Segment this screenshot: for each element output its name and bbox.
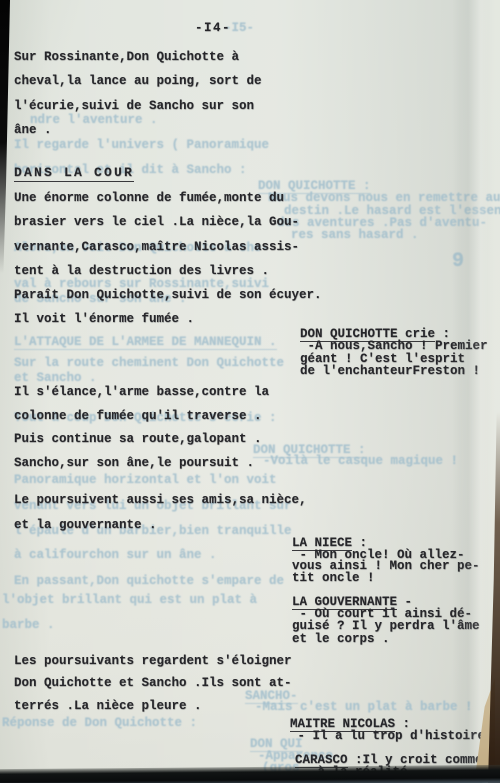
action-line: Il s'élance,l'arme basse,contre la <box>14 381 269 405</box>
action-block: Les poursuivants regardent s'éloignerDon… <box>14 650 292 717</box>
action-line: vernante,Carasco,maître Nicolas assis- <box>14 235 322 259</box>
script-page-photo: -I5-ndre l'aventure .Il regarde l'univer… <box>0 0 500 783</box>
action-line: Paraît Don Quichotte,suivi de son écuyer… <box>14 283 322 307</box>
action-line: Une énorme colonne de fumée,monte du <box>14 186 322 210</box>
action-line: âne . <box>14 118 262 142</box>
action-line: Sancho,sur son âne,le poursuit . <box>14 452 269 476</box>
dialogue-line: de l'enchanteurFreston ! <box>300 365 488 377</box>
action-line: tent à la destruction des livres . <box>14 259 322 283</box>
dialogue-line: et le corps . <box>292 633 480 645</box>
action-line: colonne de fumée qu'il traverse . <box>14 405 269 429</box>
action-block: Une énorme colonne de fumée,monte dubras… <box>14 186 322 332</box>
action-line: cheval,la lance au poing, sort de <box>14 69 262 93</box>
action-line: Puis continue sa route,galopant . <box>14 428 269 452</box>
action-line: terrés .La nièce pleure . <box>14 695 292 717</box>
dialogue-block: MAITRE NICOLAS : - Il a lu trop d'histoi… <box>290 718 493 742</box>
action-line: Il voit l'énorme fumée . <box>14 307 322 331</box>
action-line: et la gouvernante . <box>14 513 307 538</box>
action-block: Il s'élance,l'arme basse,contre lacolonn… <box>14 381 269 475</box>
action-line: l'écurie,suivi de Sancho sur son <box>14 94 262 118</box>
dialogue-line: guisé ? Il y perdra l'âme <box>292 620 480 632</box>
dialogue-line: - Il a lu trop d'histoires <box>290 730 493 742</box>
dialogue-block: LA GOUVERNANTE - - Où court il ainsi dé-… <box>292 596 480 645</box>
action-line: Don Quichotte et Sancho .Ils sont at- <box>14 672 292 694</box>
dialogue-line: tit oncle ! <box>292 573 480 585</box>
dialogue-line: -A nous,Sancho ! Premier <box>300 340 488 352</box>
action-line: Le poursuivent aussi ses amis,sa nièce, <box>14 488 307 513</box>
typewritten-layer: -I4- DANS LA COUR Sur Rossinante,Don Qui… <box>0 0 500 783</box>
action-line: brasier vers le ciel .La nièce,la Gou- <box>14 210 322 234</box>
page-number: -I4- <box>195 21 231 35</box>
dialogue-block: LA NIECE : - Mon oncle! Où allez-vous ai… <box>292 538 480 584</box>
scene-heading: DANS LA COUR <box>14 165 134 182</box>
action-block: Le poursuivent aussi ses amis,sa nièce,e… <box>14 488 307 538</box>
dialogue-block: DON QUICHOTTE crie : -A nous,Sancho ! Pr… <box>300 328 488 377</box>
action-block: Sur Rossinante,Don Quichotte àcheval,la … <box>14 45 262 143</box>
action-line: Les poursuivants regardent s'éloigner <box>14 650 292 672</box>
action-line: Sur Rossinante,Don Quichotte à <box>14 45 262 69</box>
